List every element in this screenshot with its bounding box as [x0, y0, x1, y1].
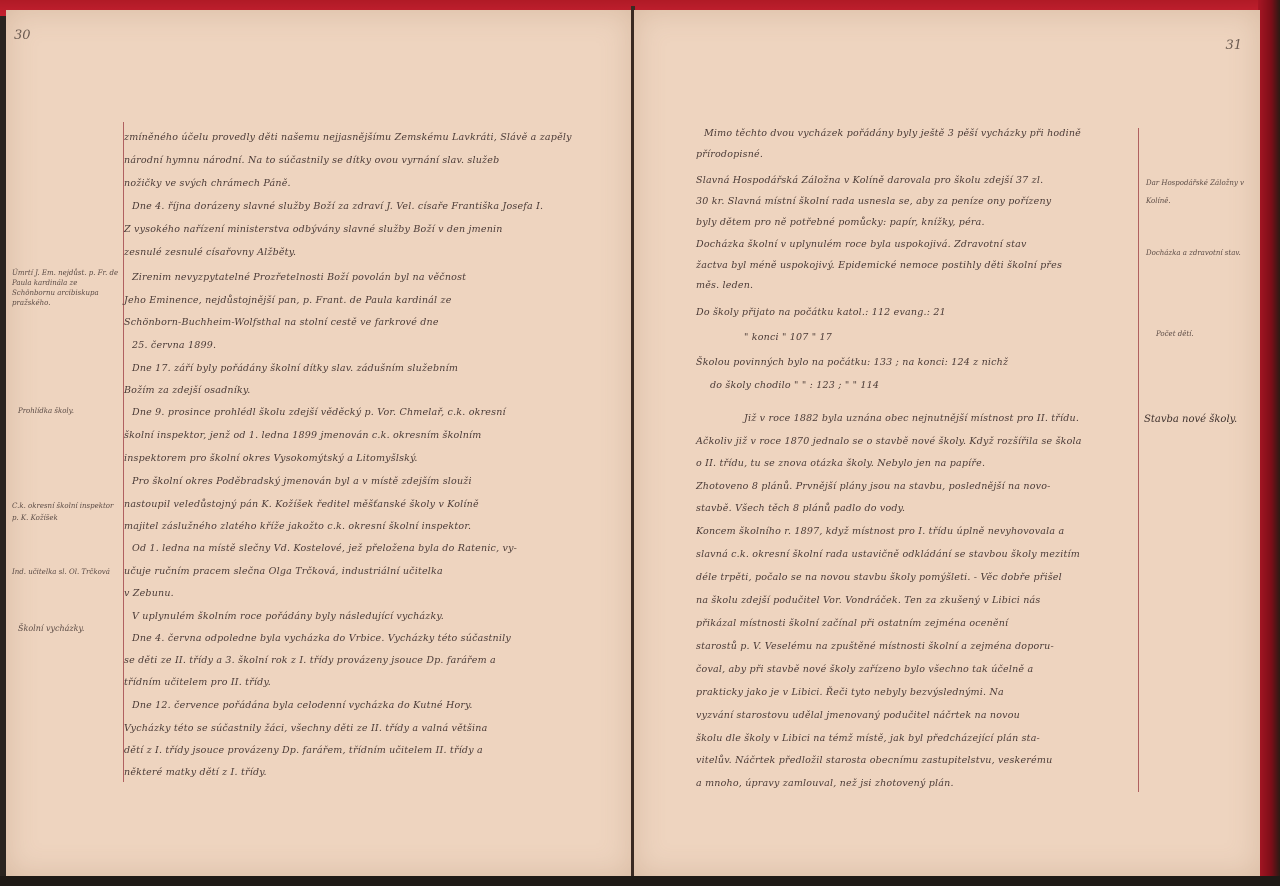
text-line: Dne 9. prosince prohlédl školu zdejší vě…	[132, 407, 506, 418]
text-line: 25. června 1899.	[132, 340, 216, 351]
text-line: Zhotoveno 8 plánů. Prvnější plány jsou n…	[696, 481, 1051, 492]
text-line: Již v roce 1882 byla uznána obec nejnutn…	[744, 413, 1079, 424]
text-line: třídním učitelem pro II. třídy.	[124, 677, 271, 688]
text-line: Docházka školní v uplynulém roce byla us…	[696, 239, 1027, 250]
left-page: 30 Úmrtí J. Em. nejdůst. p. Fr. de Paula…	[6, 10, 633, 876]
text-line: prakticky jako je v Libici. Řeči tyto ne…	[696, 687, 1004, 698]
text-line: Koncem školního r. 1897, když místnost p…	[696, 526, 1064, 537]
text-line: inspektorem pro školní okres Vysokomýtsk…	[124, 453, 418, 464]
table-row: do školy chodilo " " : 123 ; " " 114	[710, 380, 879, 391]
text-line: a mnoho, úpravy zamlouval, než jsi zhoto…	[696, 778, 954, 789]
text-line: zesnulé zesnulé císařovny Alžběty.	[124, 247, 296, 258]
text-line: přírodopisné.	[696, 149, 763, 160]
text-line: stavbě. Všech těch 8 plánů padlo do vody…	[696, 503, 905, 514]
book-cover-bottom-edge	[0, 876, 1280, 886]
text-line: Božím za zdejší osadníky.	[124, 385, 250, 396]
text-line: V uplynulém školním roce pořádány byly n…	[132, 611, 444, 622]
margin-note: Docházka a zdravotní stav.	[1146, 244, 1246, 262]
text-line: učuje ručním pracem slečna Olga Trčková,…	[124, 566, 443, 577]
text-line: vitelův. Náčrtek předložil starosta obec…	[696, 755, 1052, 766]
margin-note: C.k. okresní školní inspektor p. K. Koží…	[12, 500, 122, 524]
text-line: Pro školní okres Poděbradský jmenován by…	[132, 476, 472, 487]
margin-note: Dar Hospodářské Záložny v Kolíně.	[1146, 174, 1246, 210]
book-cover-right-edge	[1258, 0, 1280, 886]
text-line: nastoupil veledůstojný pán K. Kožíšek ře…	[124, 499, 479, 510]
text-line: některé matky dětí z I. třídy.	[124, 767, 267, 778]
text-line: dětí z I. třídy jsouce provázeny Dp. far…	[124, 745, 483, 756]
text-line: v Zebunu.	[124, 588, 174, 599]
text-line: Dne 4. října dorázeny slavné služby Boží…	[132, 201, 543, 212]
table-row: Do školy přijato na počátku katol.: 112 …	[696, 307, 946, 318]
table-row: Školou povinných bylo na počátku: 133 ; …	[696, 357, 1008, 368]
page-number-left: 30	[14, 28, 31, 43]
text-line: školní inspektor, jenž od 1. ledna 1899 …	[124, 430, 481, 441]
text-line: o II. třídu, tu se znova otázka školy. N…	[696, 458, 985, 469]
margin-note: Školní vycházky.	[18, 624, 84, 633]
text-line: Schönborn-Buchheim-Wolfsthal na stolní c…	[124, 317, 439, 328]
text-line: nožičky ve svých chrámech Páně.	[124, 178, 291, 189]
text-line: čoval, aby při stavbě nové školy zařízen…	[696, 664, 1033, 675]
page-number-right: 31	[1225, 38, 1242, 53]
text-line: byly dětem pro ně potřebné pomůcky: papí…	[696, 217, 985, 228]
text-line: Dne 4. června odpoledne byla vycházka do…	[132, 633, 511, 644]
margin-note: Ind. učitelka sl. Ol. Trčková	[12, 568, 110, 576]
text-line: vyzvání starostovu udělal jmenovaný podu…	[696, 710, 1020, 721]
text-line: Z vysokého nařízení ministerstva odbýván…	[124, 224, 503, 235]
text-line: déle trpěti, počalo se na novou stavbu š…	[696, 572, 1062, 583]
margin-note: Prohlídka školy.	[18, 407, 74, 415]
text-line: měs. leden.	[696, 280, 753, 291]
text-line: 30 kr. Slavná místní školní rada usnesla…	[696, 196, 1051, 207]
text-line: Od 1. ledna na místě slečny Vd. Kostelov…	[132, 543, 517, 554]
text-line: Dne 17. září byly pořádány školní dítky …	[132, 363, 458, 374]
margin-rule-right	[1138, 128, 1139, 792]
text-line: školu dle školy v Libici na témž místě, …	[696, 733, 1040, 744]
text-line: Zirenim nevyzpytatelné Prozřetelnosti Bo…	[132, 272, 466, 283]
text-line: Mimo těchto dvou vycházek pořádány byly …	[704, 128, 1081, 139]
text-line: starostů p. V. Veselému na zpuštěné míst…	[696, 641, 1054, 652]
text-line: se děti ze II. třídy a 3. školní rok z I…	[124, 655, 496, 666]
text-line: žactva byl méně uspokojivý. Epidemické n…	[696, 260, 1062, 271]
margin-note: Stavba nové školy.	[1144, 414, 1237, 425]
text-line: Ačkoliv již v roce 1870 jednalo se o sta…	[696, 436, 1082, 447]
margin-note: Úmrtí J. Em. nejdůst. p. Fr. de Paula ka…	[12, 268, 120, 308]
text-line: zmíněného účelu provedly děti našemu nej…	[124, 132, 572, 143]
right-page: 31 Dar Hospodářské Záložny v Kolíně. Doc…	[634, 10, 1260, 876]
text-line: Slavná Hospodářská Záložna v Kolíně daro…	[696, 175, 1043, 186]
text-line: slavná c.k. okresní školní rada ustavičn…	[696, 549, 1080, 560]
table-row: " konci " 107 " 17	[744, 332, 832, 343]
text-line: Dne 12. července pořádána byla celodenní…	[132, 700, 473, 711]
text-line: přikázal místnosti školní začínal při os…	[696, 618, 1008, 629]
text-line: národní hymnu národní. Na to súčastnily …	[124, 155, 499, 166]
text-line: Jeho Eminence, nejdůstojnější pan, p. Fr…	[124, 295, 452, 306]
text-line: na školu zdejší podučitel Vor. Vondráček…	[696, 595, 1041, 606]
margin-note: Počet dětí.	[1156, 330, 1194, 338]
text-line: majitel záslužného zlatého kříže jakožto…	[124, 521, 471, 532]
text-line: Vycházky této se súčastnily žáci, všechn…	[124, 723, 487, 734]
